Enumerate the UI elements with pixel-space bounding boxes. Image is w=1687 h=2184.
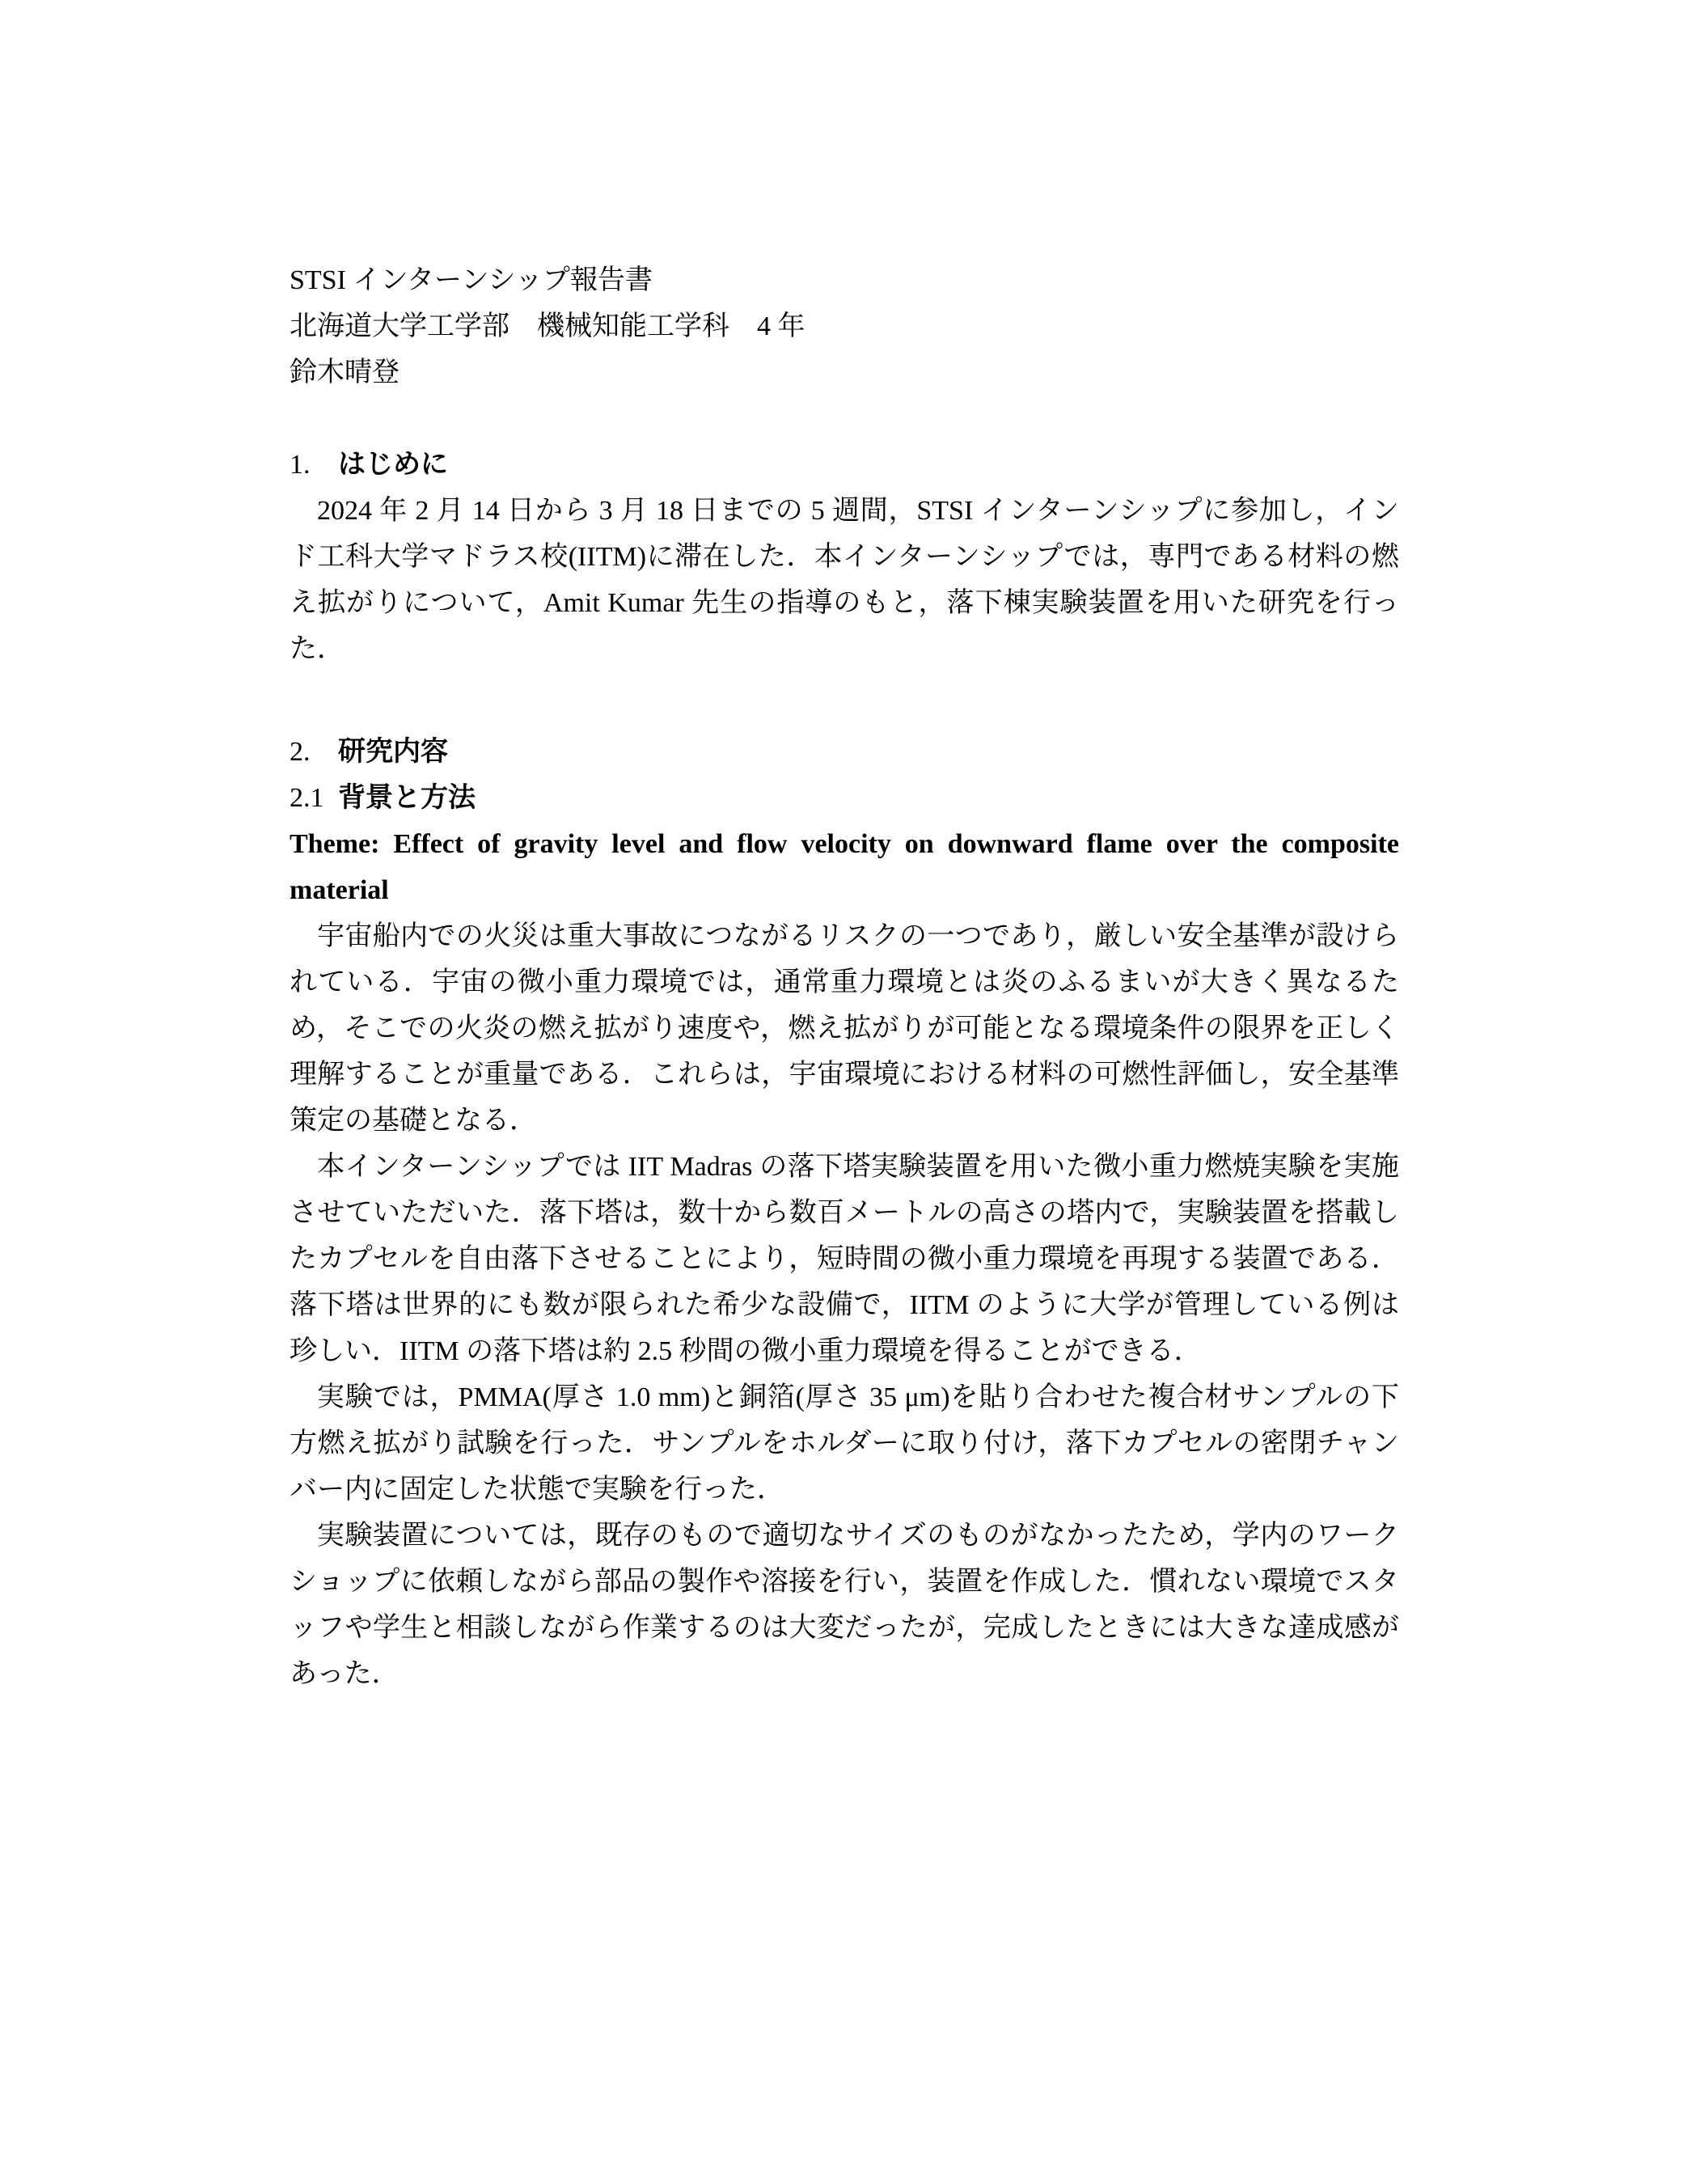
theme-statement: Theme: Effect of gravity level and flow … (290, 821, 1399, 913)
document-header: STSI インターンシップ報告書 北海道大学工学部 機械知能工学科 4 年 鈴木… (290, 257, 1399, 396)
report-page: STSI インターンシップ報告書 北海道大学工学部 機械知能工学科 4 年 鈴木… (0, 0, 1687, 2184)
theme-statement-line-2: material (290, 867, 1399, 913)
section-1-title: はじめに (338, 449, 448, 480)
section-2-1-paragraph-sample: 実験では，PMMA(厚さ 1.0 mm)と銅箔(厚さ 35 μm)を貼り合わせた… (290, 1374, 1399, 1513)
section-2-1-paragraph-drop-tower: 本インターンシップでは IIT Madras の落下塔実験装置を用いた微小重力燃… (290, 1144, 1399, 1374)
section-1-heading: 1.はじめに (290, 442, 1399, 488)
section-1-paragraph: 2024 年 2 月 14 日から 3 月 18 日までの 5 週間，STSI … (290, 488, 1399, 672)
section-2-1-title: 背景と方法 (338, 782, 476, 813)
section-2-1-paragraph-background: 宇宙船内での火災は重大事故につながるリスクの一つであり，厳しい安全基準が設けられ… (290, 913, 1399, 1144)
author-name: 鈴木晴登 (290, 349, 1399, 396)
section-2-1-heading: 2.1背景と方法 (290, 775, 1399, 821)
author-affiliation: 北海道大学工学部 機械知能工学科 4 年 (290, 303, 1399, 349)
section-2-1-number: 2.1 (290, 775, 338, 821)
section-2-number: 2. (290, 729, 338, 775)
report-title: STSI インターンシップ報告書 (290, 257, 1399, 303)
section-1-number: 1. (290, 442, 338, 488)
section-2-1-paragraph-apparatus: 実験装置については，既存のもので適切なサイズのものがなかったため，学内のワークシ… (290, 1513, 1399, 1697)
theme-statement-line-1: Theme: Effect of gravity level and flow … (290, 821, 1399, 867)
section-2-title: 研究内容 (338, 736, 448, 767)
section-2-heading: 2.研究内容 (290, 729, 1399, 775)
